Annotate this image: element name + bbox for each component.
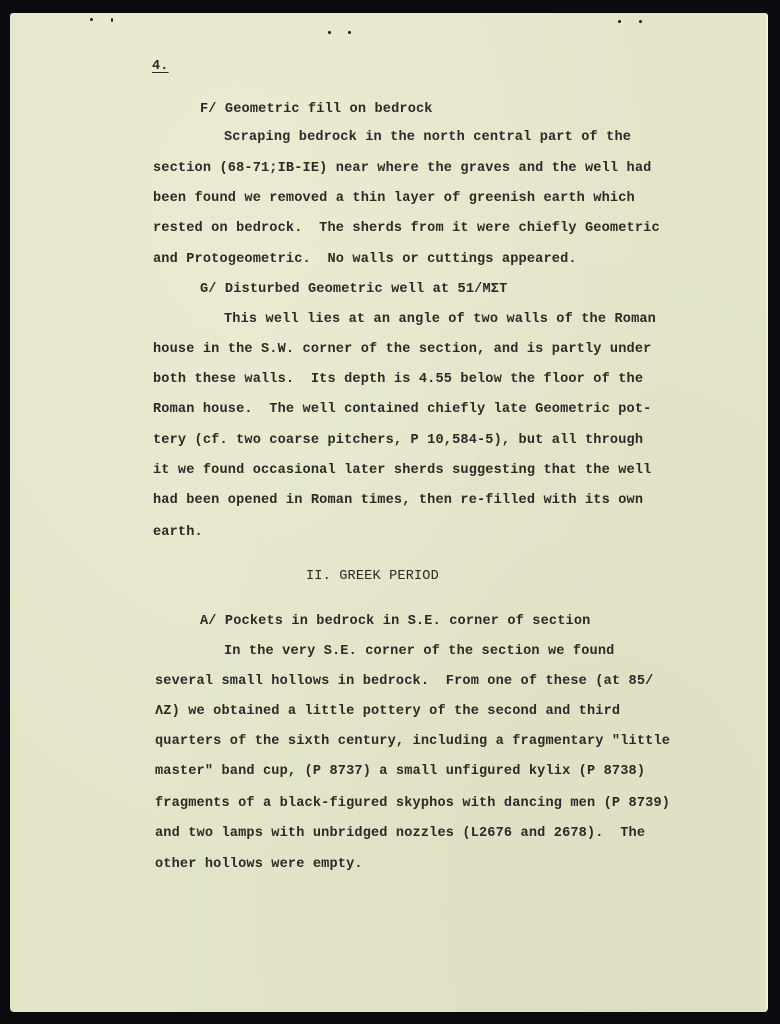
section-heading-f: F/ Geometric fill on bedrock [200, 103, 433, 117]
paragraph-line: and Protogeometric. No walls or cuttings… [153, 253, 577, 267]
paragraph-line: master" band cup, (P 8737) a small unfig… [155, 765, 645, 779]
paragraph-line: both these walls. Its depth is 4.55 belo… [153, 373, 643, 387]
punch-mark [618, 20, 621, 23]
paragraph-line: other hollows were empty. [155, 858, 363, 872]
paragraph-line: been found we removed a thin layer of gr… [153, 192, 635, 206]
punch-mark [90, 18, 93, 21]
paragraph-line: tery (cf. two coarse pitchers, P 10,584-… [153, 434, 643, 448]
paragraph-line: ΛZ) we obtained a little pottery of the … [155, 705, 620, 719]
paragraph-line: Scraping bedrock in the north central pa… [224, 131, 631, 145]
punch-mark [348, 31, 351, 34]
paragraph-line: Roman house. The well contained chiefly … [153, 403, 651, 417]
section-heading-a: A/ Pockets in bedrock in S.E. corner of … [200, 615, 590, 629]
section-heading-g: G/ Disturbed Geometric well at 51/ΜΣΤ [200, 283, 507, 297]
punch-mark [328, 31, 331, 34]
part-heading: II. GREEK PERIOD [306, 570, 439, 584]
paragraph-line: fragments of a black-figured skyphos wit… [155, 797, 670, 811]
paragraph-line: and two lamps with unbridged nozzles (L2… [155, 827, 645, 841]
punch-mark [111, 18, 113, 22]
paragraph-line: earth. [153, 526, 203, 540]
paragraph-line: it we found occasional later sherds sugg… [153, 464, 651, 478]
paragraph-line: several small hollows in bedrock. From o… [155, 675, 653, 689]
page-number: 4. [152, 60, 169, 74]
paragraph-line: In the very S.E. corner of the section w… [224, 645, 614, 659]
paragraph-line: had been opened in Roman times, then re-… [153, 494, 643, 508]
paragraph-line: house in the S.W. corner of the section,… [153, 343, 651, 357]
punch-mark [639, 20, 642, 23]
paragraph-line: quarters of the sixth century, including… [155, 735, 670, 749]
paragraph-line: section (68-71;IB-IE) near where the gra… [153, 162, 651, 176]
paragraph-line: This well lies at an angle of two walls … [224, 313, 656, 327]
paragraph-line: rested on bedrock. The sherds from it we… [153, 222, 660, 236]
